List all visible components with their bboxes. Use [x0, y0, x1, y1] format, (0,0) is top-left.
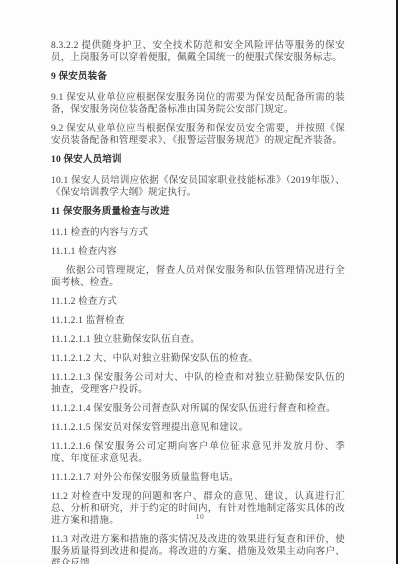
clause-11-1-2-1-5: 11.1.2.1.5 保安员对保安管理提出意见和建议。: [51, 422, 345, 434]
clause-11-1-2-1-7: 11.1.2.1.7 对外公布保安服务质量监督电话。: [51, 472, 345, 484]
document-page: 8.3.2.2 提供随身护卫、安全技术防范和安全风险评估等服务的保安员，上岗服务…: [0, 0, 400, 564]
clause-11-1-2-1-6: 11.1.2.1.6 保安服务公司定期向客户单位征求意见并发放月份、季度、年度征…: [51, 441, 345, 465]
clause-9-2: 9.2 保安从业单位应当根据保安服务和保安员安全需要，并按照《保安员装备配备和管…: [51, 123, 345, 147]
clause-11-1-2-1-1: 11.1.2.1.1 独立驻勤保安队伍自查。: [51, 334, 345, 346]
section-heading-10: 10 保安人员培训: [51, 154, 345, 166]
section-heading-9: 9 保安员装备: [51, 71, 345, 83]
clause-10-1: 10.1 保安人员培训应依据《保安员国家职业技能标准》（2019年版）、《保安培…: [51, 175, 345, 199]
clause-11-1-2-1-4: 11.1.2.1.4 保安服务公司督查队对所属的保安队伍进行督查和检查。: [51, 403, 345, 415]
scan-edge-line: [396, 0, 398, 564]
page-number: 10: [0, 512, 400, 521]
clause-11-1-2-1-2: 11.1.2.1.2 大、中队对独立驻勤保安队伍的检查。: [51, 353, 345, 365]
clause-8-3-2-2: 8.3.2.2 提供随身护卫、安全技术防范和安全风险评估等服务的保安员，上岗服务…: [51, 40, 345, 64]
clause-11-1: 11.1 检查的内容与方式: [51, 227, 345, 239]
clause-11-1-2-1: 11.1.2.1 监督检查: [51, 315, 345, 327]
clause-11-2: 11.2 对检查中发现的问题和客户、群众的意见、建议，认真进行汇总、分析和研究，…: [51, 491, 345, 527]
section-heading-11: 11 保安服务质量检查与改进: [51, 206, 345, 218]
clause-11-1-2-1-3: 11.1.2.1.3 保安服务公司对大、中队的检查和对独立驻勤保安队伍的抽查，受…: [51, 372, 345, 396]
clause-11-3: 11.3 对改进方案和措施的落实情况及改进的效果进行复查和评价，使服务质量得到改…: [51, 534, 345, 564]
clause-11-1-1-body: 依据公司管理规定，督查人员对保安服务和队伍管理情况进行全面考核、检查。: [51, 265, 345, 289]
clause-11-1-2: 11.1.2 检查方式: [51, 296, 345, 308]
clause-11-1-1: 11.1.1 检查内容: [51, 246, 345, 258]
clause-9-1: 9.1 保安从业单位应根据保安服务岗位的需要为保安员配备所需的装备，保安服务岗位…: [51, 92, 345, 116]
